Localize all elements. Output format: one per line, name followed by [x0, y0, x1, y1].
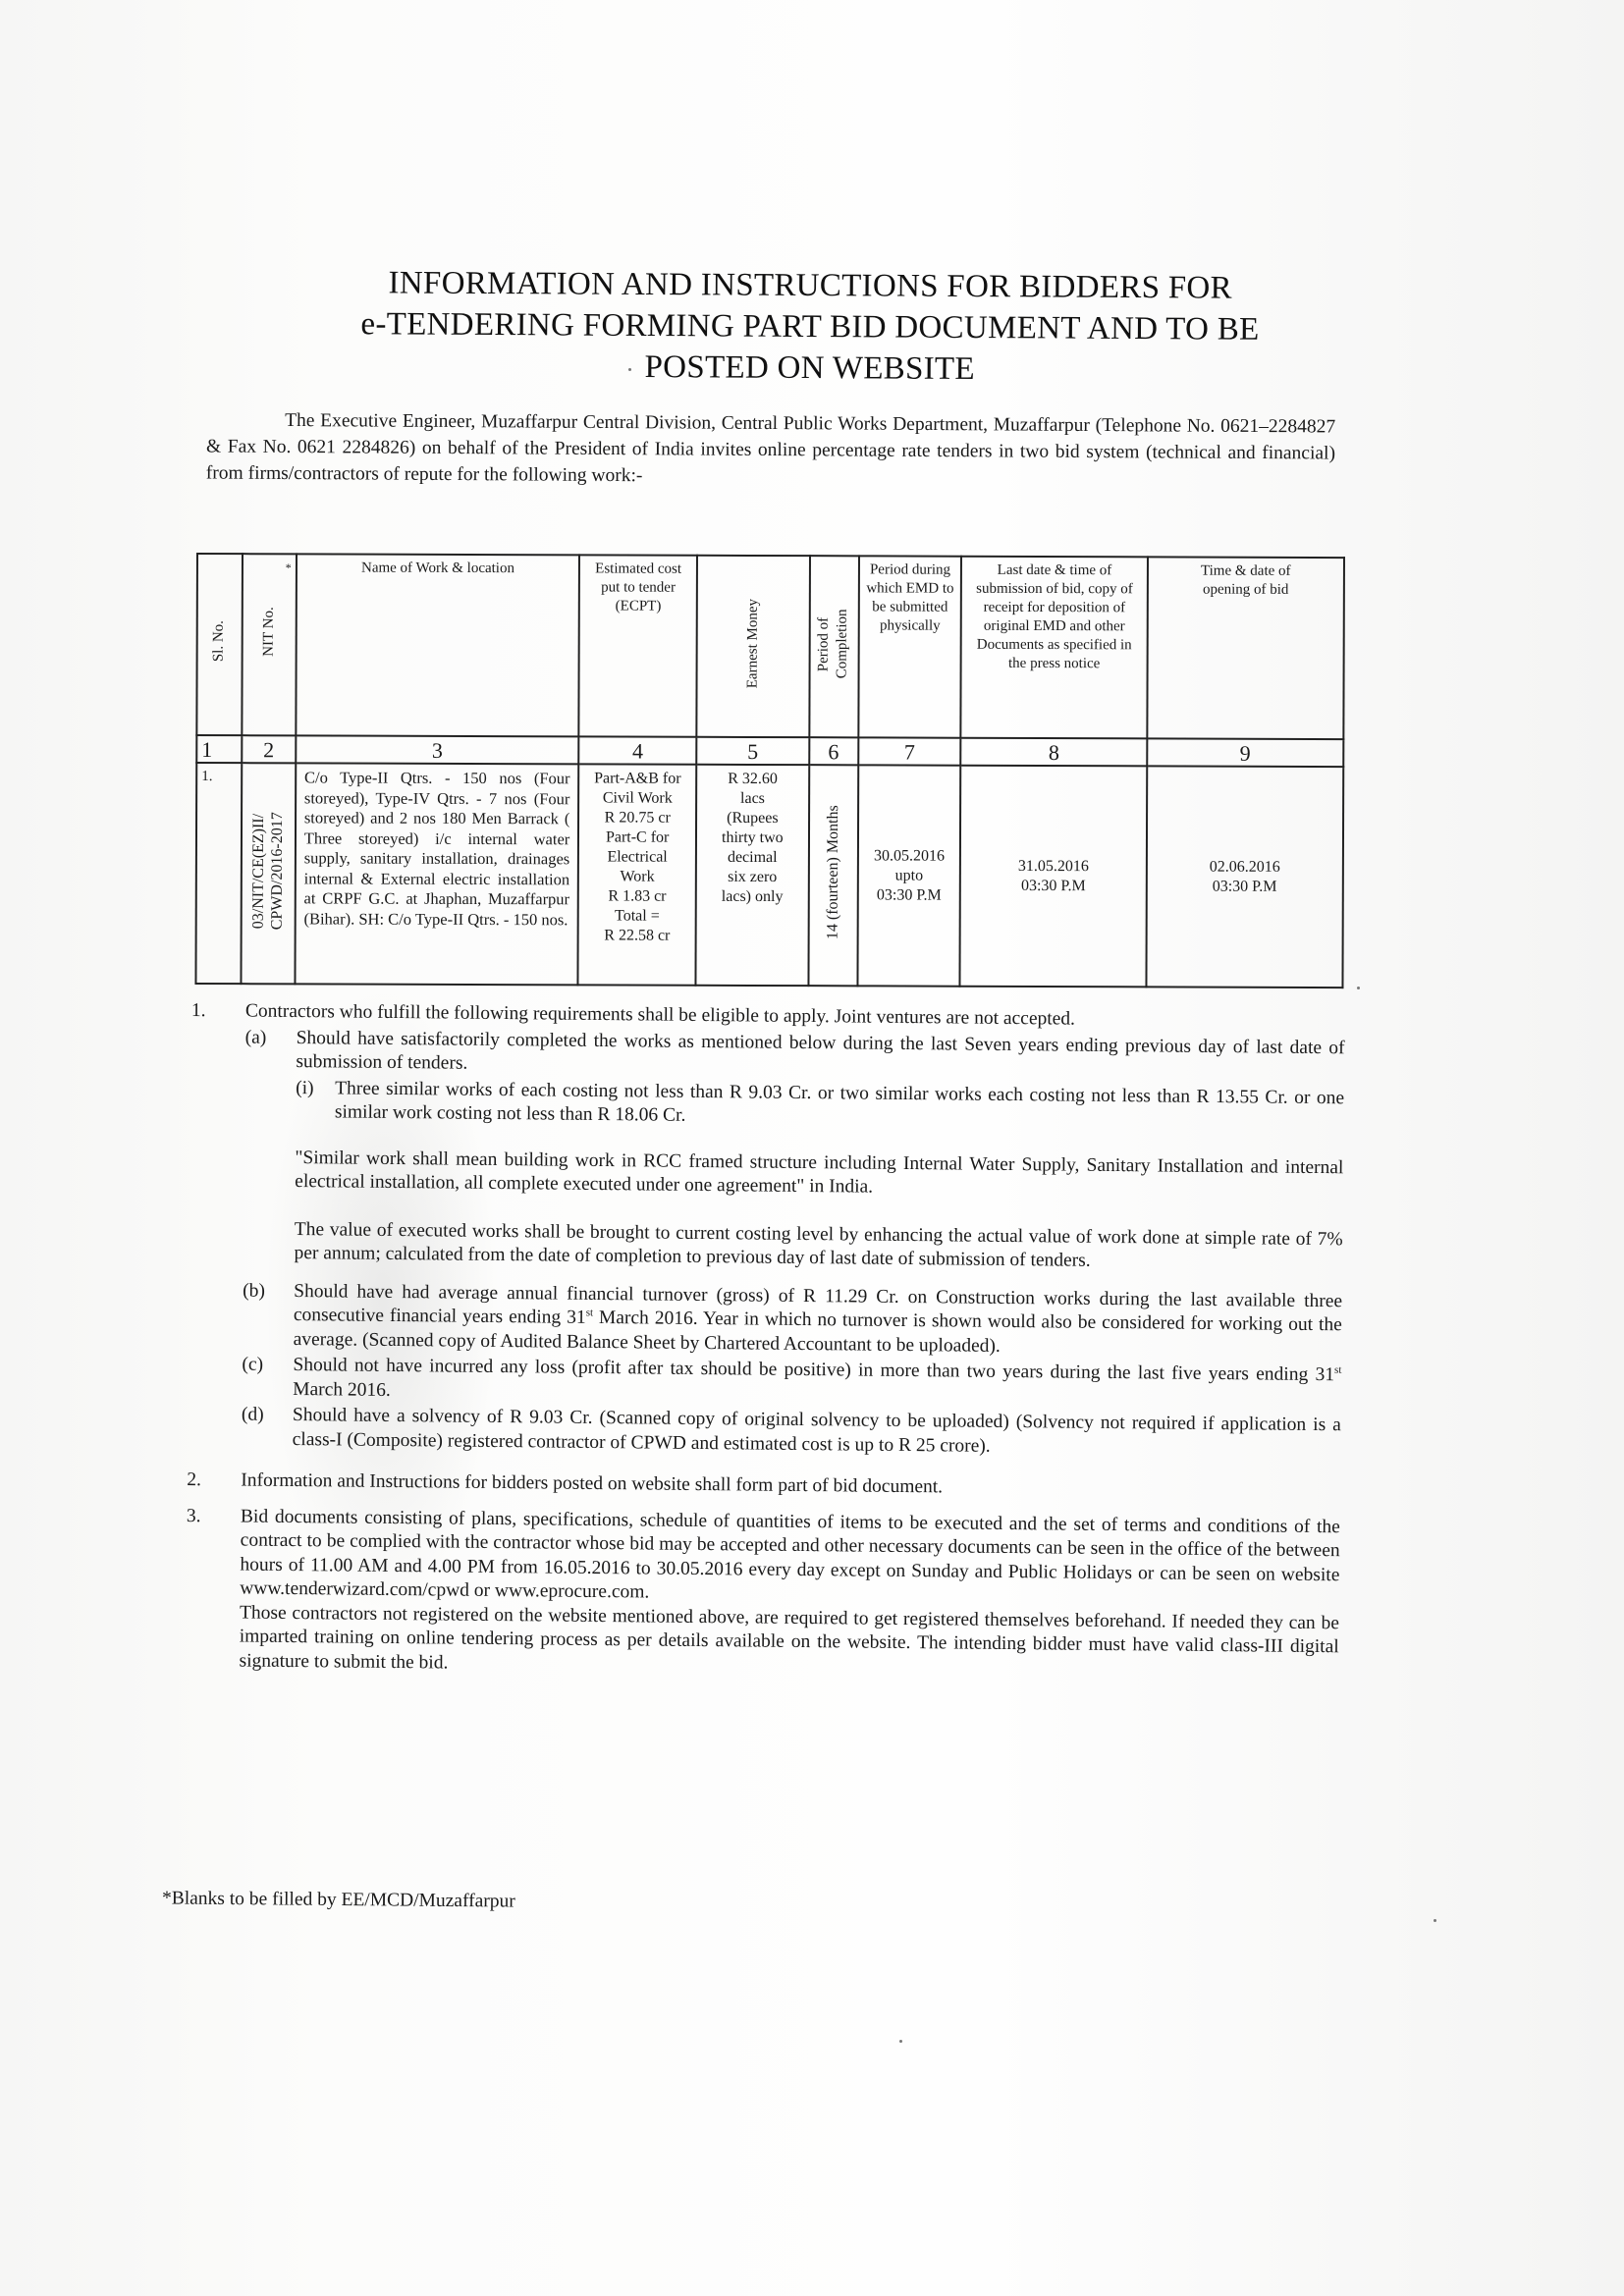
clause-1b: (b) Should have had average annual finan… — [243, 1279, 1343, 1362]
clause-3: 3. Bid documents consisting of plans, sp… — [185, 1504, 1340, 1683]
col-num: 9 — [1147, 738, 1343, 767]
registration-note: Those contractors not registered on the … — [239, 1601, 1339, 1683]
nit-asterisk: * — [247, 559, 292, 577]
clause-3-text: Bid documents consisting of plans, speci… — [240, 1505, 1340, 1612]
col-num: 8 — [961, 738, 1147, 767]
similar-work-definition: "Similar work shall mean building work i… — [295, 1147, 1343, 1204]
header-sl-no: Sl. No. — [196, 554, 243, 735]
header-emd-period: Period during which EMD to be submitted … — [858, 556, 961, 737]
intro-text: The Executive Engineer, Muzaffarpur Cent… — [206, 406, 1335, 493]
col-num: 7 — [858, 737, 961, 765]
table-header-row: Sl. No. * NIT No. Name of Work & locatio… — [196, 554, 1344, 739]
scan-speck — [1357, 987, 1360, 989]
col-num: 4 — [579, 736, 697, 764]
header-last-date: Last date & time of submission of bid, c… — [961, 557, 1148, 739]
cell-last-date: 31.05.201603:30 P.M — [960, 766, 1147, 988]
header-opening: Time & date of opening of bid — [1147, 557, 1344, 739]
clause-1: 1. Contractors who fulfill the following… — [188, 999, 1345, 1462]
title-line-3: POSTED ON WEBSITE — [245, 344, 1375, 392]
value-enhancement-note: The value of executed works shall be bro… — [294, 1218, 1342, 1276]
col-num: 6 — [809, 737, 858, 765]
tender-table: Sl. No. * NIT No. Name of Work & locatio… — [194, 553, 1345, 988]
footnote: *Blanks to be filled by EE/MCD/Muzaffarp… — [162, 1888, 515, 1912]
cell-emd-period: 30.05.2016upto 03:30 P.M — [857, 765, 961, 986]
cell-ecpt: Part-A&B forCivil Work R 20.75 crPart-C … — [578, 764, 697, 985]
cell-sl-no: 1. — [195, 763, 242, 984]
header-nit-no: * NIT No. — [242, 554, 297, 735]
title-line-1: INFORMATION AND INSTRUCTIONS FOR BIDDERS… — [245, 261, 1375, 309]
instructions-body: 1. Contractors who fulfill the following… — [185, 999, 1345, 1687]
intro-paragraph: The Executive Engineer, Muzaffarpur Cent… — [206, 406, 1335, 493]
clause-1d: (d) Should have a solvency of R 9.03 Cr.… — [242, 1404, 1341, 1463]
header-earnest-money: Earnest Money — [696, 556, 809, 737]
cell-completion: 14 (fourteen) Months — [808, 765, 858, 986]
cell-nit-no: 03/NIT/CE(EZ)II/CPWD/2016-2017 — [241, 763, 296, 984]
clause-number: 1. — [188, 999, 245, 1452]
cell-work-name: C/o Type-II Qtrs. - 150 nos (Four storey… — [295, 763, 578, 985]
header-work-name: Name of Work & location — [296, 554, 579, 736]
col-num: 5 — [696, 737, 809, 765]
column-number-row: 1 2 3 4 5 6 7 8 9 — [196, 735, 1343, 767]
cell-opening: 02.06.201603:30 P.M — [1146, 766, 1343, 988]
clause-1a-i: (i) Three similar works of each costing … — [296, 1077, 1344, 1135]
cell-earnest-money: R 32.60lacs (Rupeesthirty two decimalsix… — [696, 765, 809, 986]
scan-speck — [628, 368, 631, 371]
table-row: 1. 03/NIT/CE(EZ)II/CPWD/2016-2017 C/o Ty… — [195, 763, 1343, 988]
scan-speck — [1434, 1919, 1436, 1922]
header-ecpt: Estimated cost put to tender (ECPT) — [579, 555, 697, 736]
header-completion: Period of Completion — [809, 556, 859, 737]
title-line-2: e-TENDERING FORMING PART BID DOCUMENT AN… — [245, 302, 1375, 350]
clause-1a: (a) Should have satisfactorily completed… — [243, 1026, 1344, 1276]
clause-1a-text: Should have satisfactorily completed the… — [296, 1027, 1344, 1085]
scan-speck — [899, 2040, 902, 2043]
col-num: 2 — [242, 735, 296, 763]
col-num: 1 — [196, 735, 242, 763]
col-num: 3 — [296, 735, 579, 764]
document-title: INFORMATION AND INSTRUCTIONS FOR BIDDERS… — [245, 261, 1376, 392]
clause-1c: (c) Should not have incurred any loss (p… — [242, 1354, 1341, 1413]
